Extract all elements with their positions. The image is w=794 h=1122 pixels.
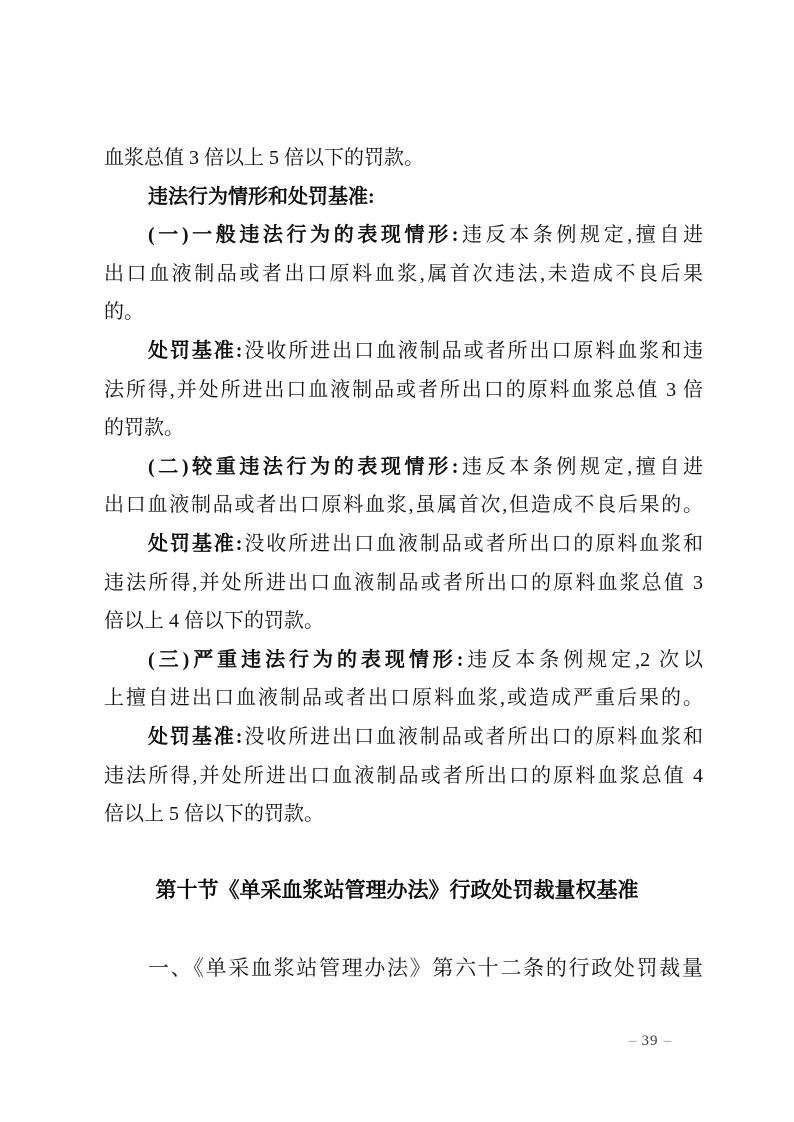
footer-right-dash: – [659,1033,677,1049]
body-line-text: 违反本条例规定,擅自进 [458,456,703,478]
body-line: 处罚基准:没收所进出口血液制品或者所出口的原料血浆和 [104,718,703,757]
body-line-emphasis: 处罚基准: [148,340,242,362]
page-number: 39 [642,1033,659,1049]
body-line-emphasis: 处罚基准: [148,533,242,555]
body-line-text: 违反本条例规定,擅自进 [458,224,703,246]
body-line: (一)一般违法行为的表现情形:违反本条例规定,擅自进 [104,216,703,255]
body-line: 倍以上 5 倍以下的罚款。 [104,795,703,834]
body-line: 处罚基准:没收所进出口血液制品或者所出口原料血浆和违 [104,332,703,371]
body-line: 出口血液制品或者出口原料血浆,属首次违法,未造成不良后果 [104,255,703,294]
body-line: 违法行为情形和处罚基准: [104,178,703,217]
body-line-text: 没收所进出口血液制品或者所出口的原料血浆和 [242,533,703,555]
body-line: 上擅自进出口血液制品或者出口原料血浆,或造成严重后果的。 [104,679,703,718]
body-line-text: 违法所得,并处所进出口血液制品或者所出口的原料血浆总值 4 [104,765,703,787]
body-line-text: 没收所进出口血液制品或者所出口原料血浆和违 [242,340,703,362]
body-line: 倍以上 4 倍以下的罚款。 [104,602,703,641]
body-line-text: 出口血液制品或者出口原料血浆,属首次违法,未造成不良后果 [104,263,703,285]
page-footer: –39– [600,1031,700,1051]
body-line: 处罚基准:没收所进出口血液制品或者所出口的原料血浆和 [104,525,703,564]
body-line-text: 法所得,并处所进出口血液制品或者所出口的原料血浆总值 3 倍 [104,379,703,401]
body-line: 的。 [104,293,703,332]
footer-left-dash: – [624,1033,642,1049]
body-line: 的罚款。 [104,409,703,448]
body-line-text: 倍以上 4 倍以下的罚款。 [104,610,324,632]
body-line-emphasis: 处罚基准: [148,726,242,748]
body-line-emphasis: (三)严重违法行为的表现情形: [148,649,463,671]
body-line: 违法所得,并处所进出口血液制品或者所出口的原料血浆总值 3 [104,564,703,603]
document-page: 血浆总值 3 倍以上 5 倍以下的罚款。违法行为情形和处罚基准:(一)一般违法行… [0,0,794,1122]
body-line-text: 没收所进出口血液制品或者所出口的原料血浆和 [242,726,703,748]
body-line-text: 血浆总值 3 倍以上 5 倍以下的罚款。 [104,147,424,169]
body-line: 出口血液制品或者出口原料血浆,虽属首次,但造成不良后果的。 [104,486,703,525]
body-line-text: 上擅自进出口血液制品或者出口原料血浆,或造成严重后果的。 [104,687,703,709]
body-line-text: 出口血液制品或者出口原料血浆,虽属首次,但造成不良后果的。 [104,494,703,516]
subsection-intro-line: 一、《单采血浆站管理办法》第六十二条的行政处罚裁量 [104,948,703,988]
body-line-emphasis: 违法行为情形和处罚基准: [148,186,375,208]
body-line-text: 的罚款。 [104,417,184,439]
section-heading: 第十节《单采血浆站管理办法》行政处罚裁量权基准 [0,871,794,911]
body-line-text: 违法所得,并处所进出口血液制品或者所出口的原料血浆总值 3 [104,572,703,594]
body-line: 血浆总值 3 倍以上 5 倍以下的罚款。 [104,139,703,178]
body-line: 法所得,并处所进出口血液制品或者所出口的原料血浆总值 3 倍 [104,371,703,410]
body-text: 血浆总值 3 倍以上 5 倍以下的罚款。违法行为情形和处罚基准:(一)一般违法行… [104,139,703,834]
body-line-text: 违反本条例规定,2 次以 [463,649,703,671]
body-line: (二)较重违法行为的表现情形:违反本条例规定,擅自进 [104,448,703,487]
body-line-text: 的。 [104,301,144,323]
body-line-emphasis: (二)较重违法行为的表现情形: [148,456,458,478]
body-line-text: 倍以上 5 倍以下的罚款。 [104,803,324,825]
body-line: (三)严重违法行为的表现情形:违反本条例规定,2 次以 [104,641,703,680]
body-line: 违法所得,并处所进出口血液制品或者所出口的原料血浆总值 4 [104,757,703,796]
body-line-emphasis: (一)一般违法行为的表现情形: [148,224,458,246]
